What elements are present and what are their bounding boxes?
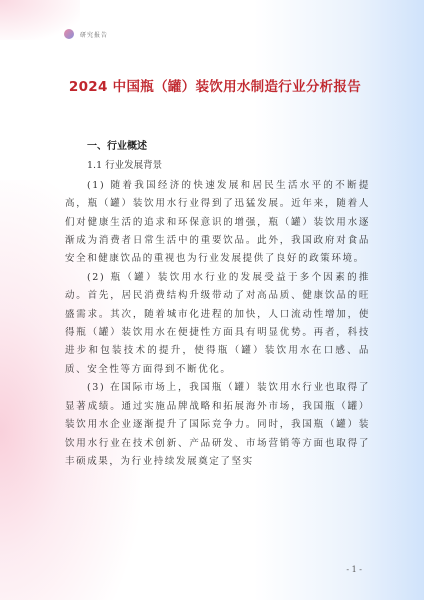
page-number: - 1 - (0, 565, 424, 574)
badge-circle-icon (64, 29, 74, 39)
badge-label: 研究报告 (80, 30, 108, 39)
report-badge: 研究报告 (64, 29, 108, 39)
document-body: 一、行业概述 1.1 行业发展背景 (1) 随着我国经济的快速发展和居民生活水平… (65, 138, 370, 471)
document-title: 2024 中国瓶（罐）装饮用水制造行业分析报告 (40, 76, 390, 98)
paragraph-1: (1) 随着我国经济的快速发展和居民生活水平的不断提高，瓶（罐）装饮用水行业得到… (65, 177, 370, 269)
section-heading: 一、行业概述 (65, 138, 370, 156)
paragraph-3: (3) 在国际市场上，我国瓶（罐）装饮用水行业也取得了显著成绩。通过实施品牌战略… (65, 379, 370, 471)
subsection-heading: 1.1 行业发展背景 (65, 157, 370, 175)
paragraph-2: (2) 瓶（罐）装饮用水行业的发展受益于多个因素的推动。首先，居民消费结构升级带… (65, 269, 370, 379)
